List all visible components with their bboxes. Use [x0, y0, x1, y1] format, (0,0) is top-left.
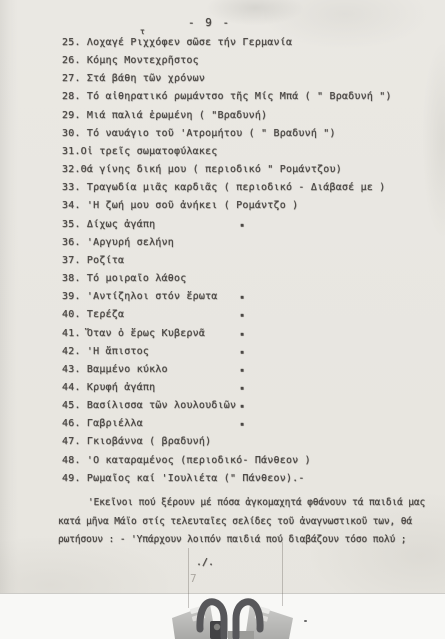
film-title: 33. Τραγωδία μιᾶς καρδιᾶς ( περιοδικό - … — [62, 182, 385, 193]
overtyped-char: τ — [140, 28, 145, 36]
list-item: 27. Στά βάθη τῶν χρόνων — [62, 70, 402, 88]
film-title: 44. Κρυφή ἀγάπη — [62, 382, 155, 393]
list-item: 29. Μιά παλιά ἐρωμένη ( "Βραδυνή) — [62, 107, 402, 125]
list-item: 40. Τερέζα▪ — [62, 306, 402, 324]
list-item: 25. Λοχαγέ Ριχχόφεν σῶσε τήν Γερμανίατ — [62, 34, 402, 52]
paragraph-line: 'Εκεῖνοι πού ξέρουν μέ πόσα ἀγκομαχητά φ… — [58, 494, 430, 513]
list-item: 41. Ὅταν ὁ ἔρως Κυβερνᾶ▪ — [62, 325, 402, 343]
closing-paragraph: 'Εκεῖνοι πού ξέρουν μέ πόσα ἀγκομαχητά φ… — [58, 494, 430, 550]
list-item: 34. 'Η ζωή μου σοῦ ἀνήκει ( Ρομάντζο ) — [62, 197, 402, 215]
film-title: 27. Στά βάθη τῶν χρόνων — [62, 73, 205, 84]
film-title: 35. Δίχως ἀγάπη — [62, 219, 155, 230]
film-title: 28. Τό αἰθηρατικό ρωμάντσο τῆς Μίς Μπά (… — [62, 91, 392, 102]
annotation-mark: ▪ — [240, 415, 244, 433]
list-item: 47. Γκιοβάννα ( βραδυνή) — [62, 433, 402, 451]
film-title: 38. Τό μοιραῖο λάθος — [62, 273, 186, 284]
film-title: 37. Ροζίτα — [62, 255, 124, 266]
film-title: 34. 'Η ζωή μου σοῦ ἀνήκει ( Ρομάντζο ) — [62, 200, 298, 211]
annotation-mark: ▪ — [240, 288, 244, 306]
list-item: 38. Τό μοιραῖο λάθος — [62, 270, 402, 288]
list-item: 37. Ροζίτα — [62, 252, 402, 270]
list-item: 42. 'Η ἄπιστος▪ — [62, 343, 402, 361]
list-item: 32.Θά γίνης δική μου ( περιοδικό " Ρομάν… — [62, 161, 402, 179]
film-title: 26. Κόμης Μοντεχρῆστος — [62, 55, 199, 66]
film-title: 48. 'Ο καταραμένος (περιοδικό- Πάνθεον ) — [62, 455, 311, 466]
paragraph-line: κατά μῆνα Μάϊο στίς τελευταῖες σελίδες τ… — [58, 513, 430, 532]
annotation-mark: ▪ — [240, 379, 244, 397]
list-item: 33. Τραγωδία μιᾶς καρδιᾶς ( περιοδικό - … — [62, 179, 402, 197]
list-item: 30. Τό ναυάγιο τοῦ 'Ατρομήτου ( " Βραδυν… — [62, 125, 402, 143]
list-item: 26. Κόμης Μοντεχρῆστος — [62, 52, 402, 70]
film-title: 42. 'Η ἄπιστος — [62, 346, 149, 357]
film-title: 49. Ρωμαῖος καί 'Ιουλιέτα (" Πάνθεον).- — [62, 473, 305, 484]
list-item: 44. Κρυφή ἀγάπη▪ — [62, 379, 402, 397]
film-title: 45. Βασίλισσα τῶν λουλουδιῶν — [62, 400, 236, 411]
end-mark: ./. — [196, 556, 214, 570]
list-item: 49. Ρωμαῖος καί 'Ιουλιέτα (" Πάνθεον).- — [62, 470, 402, 488]
smudge-mark: 7 — [190, 572, 197, 585]
film-title: 30. Τό ναυάγιο τοῦ 'Ατρομήτου ( " Βραδυν… — [62, 128, 336, 139]
annotation-mark: ▪ — [240, 325, 244, 343]
list-item: 45. Βασίλισσα τῶν λουλουδιῶν▪ — [62, 397, 402, 415]
film-title: 40. Τερέζα — [62, 309, 124, 320]
film-title: 39. 'Αντίζηλοι στόν ἔρωτα — [62, 291, 218, 302]
clamp-center-bar — [228, 631, 254, 639]
document-clamp — [148, 593, 312, 639]
film-title: 43. Βαμμένο κύκλο — [62, 364, 168, 375]
film-title: 32.Θά γίνης δική μου ( περιοδικό " Ρομάν… — [62, 164, 342, 175]
scanned-document-page: - 9 - 25. Λοχαγέ Ριχχόφεν σῶσε τήν Γερμα… — [0, 0, 445, 639]
list-item: 28. Τό αἰθηρατικό ρωμάντσο τῆς Μίς Μπά (… — [62, 88, 402, 106]
annotation-mark: ▪ — [240, 361, 244, 379]
list-item: 36. 'Αργυρή σελήνη — [62, 234, 402, 252]
page-number: - 9 - — [188, 16, 231, 29]
annotation-mark: ▪ — [240, 306, 244, 324]
crease-line — [282, 542, 283, 606]
film-title: 46. Γαβριέλλα — [62, 418, 143, 429]
paragraph-line: ρωτήσουν : - 'Υπάρχουν λοιπόν παιδιά πού… — [58, 531, 430, 550]
list-item: 43. Βαμμένο κύκλο▪ — [62, 361, 402, 379]
dust-speck — [304, 620, 307, 622]
film-list: 25. Λοχαγέ Ριχχόφεν σῶσε τήν Γερμανίατ26… — [62, 34, 402, 488]
film-title: 36. 'Αργυρή σελήνη — [62, 237, 174, 248]
annotation-mark: ▪ — [240, 397, 244, 415]
list-item: 39. 'Αντίζηλοι στόν ἔρωτα▪ — [62, 288, 402, 306]
crease-line — [188, 548, 189, 608]
list-item: 35. Δίχως ἀγάπη▪ — [62, 216, 402, 234]
film-title: 29. Μιά παλιά ἐρωμένη ( "Βραδυνή) — [62, 110, 267, 121]
list-item: 48. 'Ο καταραμένος (περιοδικό- Πάνθεον ) — [62, 452, 402, 470]
film-title: 47. Γκιοβάννα ( βραδυνή) — [62, 436, 211, 447]
clamp-lock-knob — [214, 624, 220, 630]
film-title: 31.Οἱ τρεῖς σωματοφύλακες — [62, 146, 218, 157]
list-item: 31.Οἱ τρεῖς σωματοφύλακες — [62, 143, 402, 161]
film-title: 25. Λοχαγέ Ριχχόφεν σῶσε τήν Γερμανία — [62, 37, 292, 48]
list-item: 46. Γαβριέλλα▪ — [62, 415, 402, 433]
annotation-mark: ▪ — [240, 216, 244, 234]
annotation-mark: ▪ — [240, 343, 244, 361]
film-title: 41. Ὅταν ὁ ἔρως Κυβερνᾶ — [62, 328, 205, 339]
